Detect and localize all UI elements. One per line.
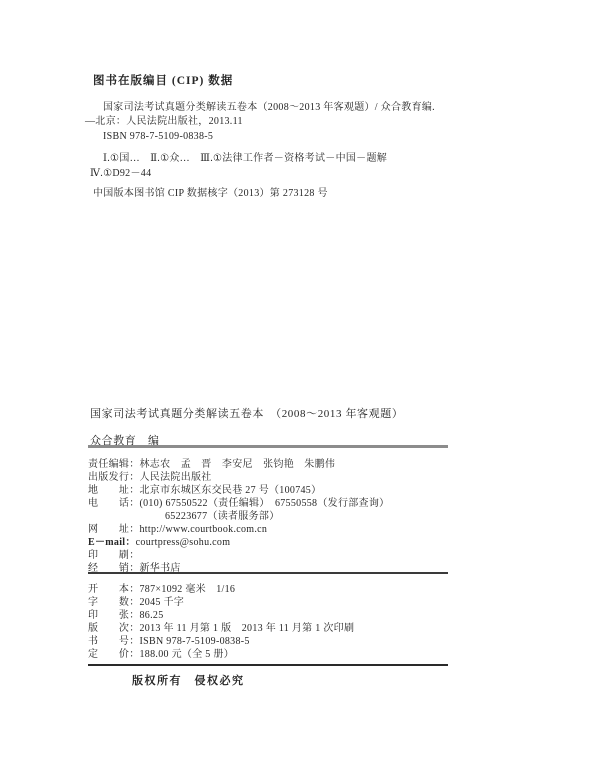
row-value: 86.25	[140, 609, 164, 622]
row-value: 65223677（读者服务部）	[165, 510, 280, 523]
email-address: courtpress@sohu.com	[136, 536, 231, 549]
publication-info-block: 责任编辑： 林志农 孟 晋 李安尼 张钧艳 朱鹏伟 出版发行： 人民法院出版社 …	[88, 458, 528, 575]
cip-classification-line-1: Ⅰ.①国… Ⅱ.①众… Ⅲ.①法律工作者－资格考试－中国－题解	[103, 152, 513, 167]
copyright-page: 图书在版编目 (CIP) 数据 国家司法考试真题分类解读五卷本（2008～201…	[0, 0, 595, 765]
divider-middle	[88, 572, 448, 574]
table-row: 网 址： http://www.courtbook.com.cn	[88, 523, 528, 536]
book-title: 国家司法考试真题分类解读五卷本 （2008～2013 年客观题）	[90, 405, 520, 421]
cip-publisher-line: —北京：人民法院出版社，2013.11	[85, 115, 513, 130]
row-label: 书 号：	[88, 635, 140, 648]
row-value: 北京市东城区东交民巷 27 号（100745）	[140, 484, 322, 497]
website-url: http://www.courtbook.com.cn	[140, 523, 268, 536]
title-block: 国家司法考试真题分类解读五卷本 （2008～2013 年客观题） 众合教育 编	[90, 405, 520, 448]
table-row: 印 张： 86.25	[88, 609, 528, 622]
copyright-notice: 版权所有 侵权必究	[132, 672, 245, 688]
price-value: 188.00 元（全 5 册）	[140, 648, 235, 661]
row-label: 网 址：	[88, 523, 140, 536]
cip-data-block: 图书在版编目 (CIP) 数据 国家司法考试真题分类解读五卷本（2008～201…	[93, 74, 513, 202]
row-value: 2013 年 11 月第 1 版 2013 年 11 月第 1 次印刷	[140, 622, 355, 635]
row-label: 字 数：	[88, 596, 140, 609]
row-value: 787×1092 毫米 1/16	[140, 583, 236, 596]
row-label: 地 址：	[88, 484, 140, 497]
row-label: 印 刷：	[88, 549, 140, 562]
table-row: 定 价： 188.00 元（全 5 册）	[88, 648, 528, 661]
row-label: E－mail：	[88, 536, 136, 549]
cip-heading: 图书在版编目 (CIP) 数据	[93, 74, 513, 89]
row-label: 责任编辑：	[88, 458, 140, 471]
divider-bottom	[88, 664, 448, 666]
row-label: 电 话：	[88, 497, 140, 510]
table-row: 开 本： 787×1092 毫米 1/16	[88, 583, 528, 596]
row-label: 出版发行：	[88, 471, 140, 484]
row-label: 版 次：	[88, 622, 140, 635]
row-value: (010) 67550522（责任编辑） 67550558（发行部查询）	[140, 497, 390, 510]
table-row: E－mail： courtpress@sohu.com	[88, 536, 528, 549]
table-row: 责任编辑： 林志农 孟 晋 李安尼 张钧艳 朱鹏伟	[88, 458, 528, 471]
table-row: 印 刷：	[88, 549, 528, 562]
table-row: 版 次： 2013 年 11 月第 1 版 2013 年 11 月第 1 次印刷	[88, 622, 528, 635]
cip-classification-line-2: Ⅳ.①D92－44	[90, 167, 513, 182]
cip-title-line: 国家司法考试真题分类解读五卷本（2008～2013 年客观题）/ 众合教育编.	[103, 101, 513, 116]
table-row: 电 话： (010) 67550522（责任编辑） 67550558（发行部查询…	[88, 497, 528, 510]
table-row: 出版发行： 人民法院出版社	[88, 471, 528, 484]
table-row-continuation: 65223677（读者服务部）	[88, 510, 528, 523]
table-row: 地 址： 北京市东城区东交民巷 27 号（100745）	[88, 484, 528, 497]
row-value: 林志农 孟 晋 李安尼 张钧艳 朱鹏伟	[140, 458, 336, 471]
row-label: 定 价：	[88, 648, 140, 661]
isbn-number: ISBN 978-7-5109-0838-5	[140, 635, 250, 648]
table-row: 书 号： ISBN 978-7-5109-0838-5	[88, 635, 528, 648]
divider-top	[88, 445, 448, 448]
row-value: 人民法院出版社	[140, 471, 212, 484]
row-label: 印 张：	[88, 609, 140, 622]
format-info-block: 开 本： 787×1092 毫米 1/16 字 数： 2045 千字 印 张： …	[88, 583, 528, 661]
cip-isbn-line: ISBN 978-7-5109-0838-5	[103, 130, 513, 145]
cip-record-line: 中国版本图书馆 CIP 数据核字（2013）第 273128 号	[93, 187, 513, 202]
table-row: 字 数： 2045 千字	[88, 596, 528, 609]
row-value: 2045 千字	[140, 596, 185, 609]
row-label: 开 本：	[88, 583, 140, 596]
